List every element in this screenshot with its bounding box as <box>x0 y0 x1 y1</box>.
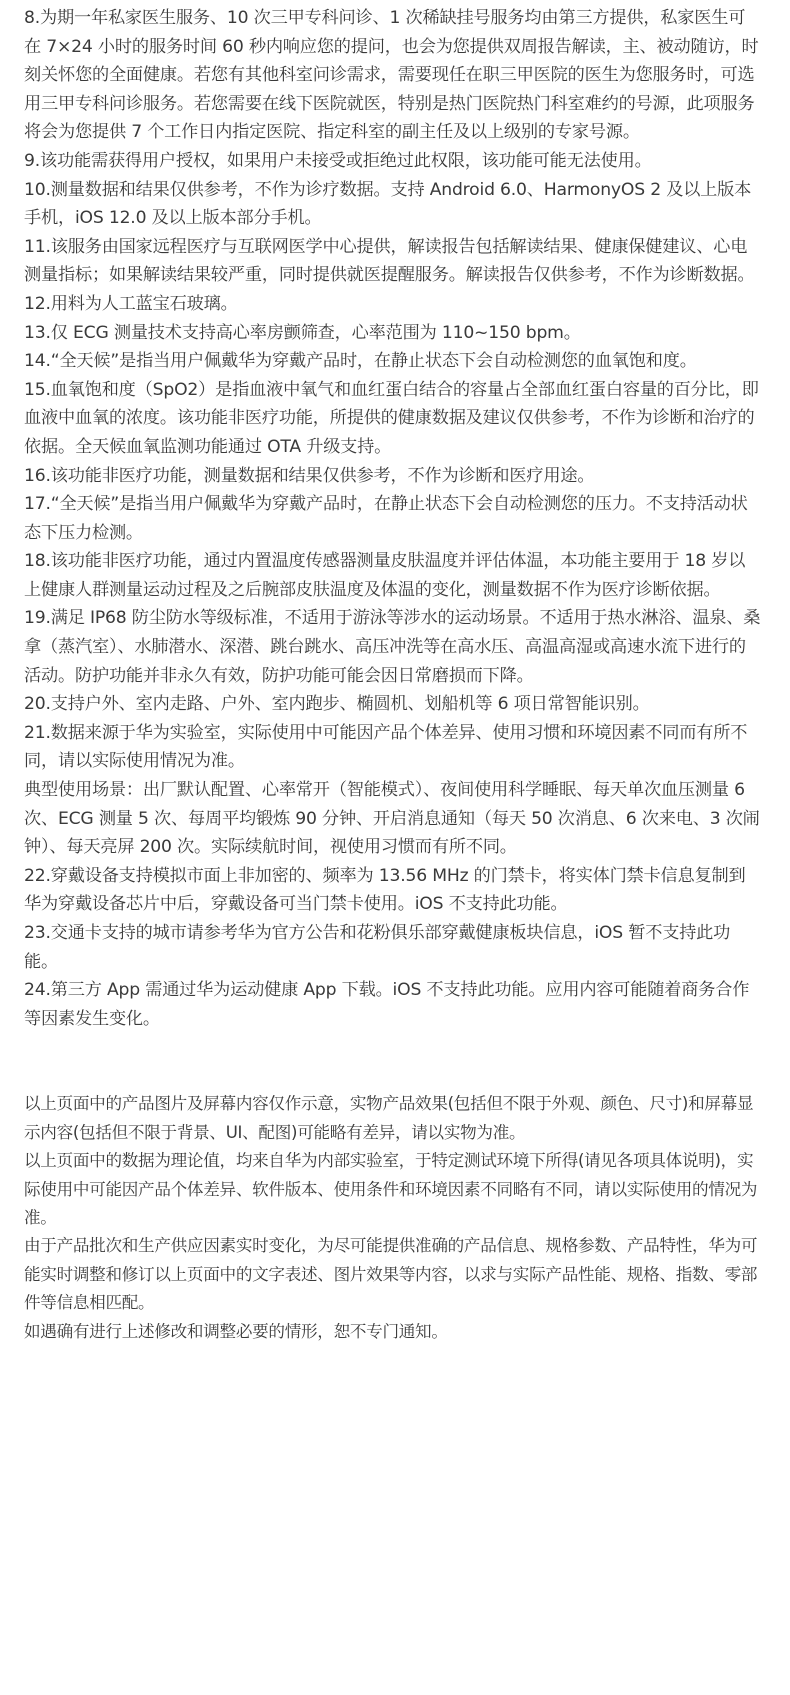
footnotes-document: 8.为期一年私家医生服务、10 次三甲专科问诊、1 次稀缺挂号服务均由第三方提供… <box>0 0 790 1346</box>
footnote-22: 22.穿戴设备支持模拟市面上非加密的、频率为 13.56 MHz 的门禁卡，将实… <box>24 862 762 919</box>
footnote-11: 11.该服务由国家远程医疗与互联网医学中心提供，解读报告包括解读结果、健康保健建… <box>24 233 762 290</box>
footnote-24: 24.第三方 App 需通过华为运动健康 App 下载。iOS 不支持此功能。应… <box>24 976 762 1033</box>
section-divider-space <box>24 1033 762 1090</box>
footnote-20: 20.支持户外、室内走路、户外、室内跑步、椭圆机、划船机等 6 项日常智能识别。 <box>24 690 762 719</box>
footnote-17: 17.“全天候”是指当用户佩戴华为穿戴产品时，在静止状态下会自动检测您的压力。不… <box>24 490 762 547</box>
footnote-21-scenario: 典型使用场景：出厂默认配置、心率常开（智能模式）、夜间使用科学睡眠、每天单次血压… <box>24 776 762 862</box>
footnote-23: 23.交通卡支持的城市请参考华为官方公告和花粉俱乐部穿戴健康板块信息，iOS 暂… <box>24 919 762 976</box>
footnote-15: 15.血氧饱和度（SpO2）是指血液中氧气和血红蛋白结合的容量占全部血红蛋白容量… <box>24 376 762 462</box>
footnote-19: 19.满足 IP68 防尘防水等级标准，不适用于游泳等涉水的运动场景。不适用于热… <box>24 604 762 690</box>
footnote-21: 21.数据来源于华为实验室，实际使用中可能因产品个体差异、使用习惯和环境因素不同… <box>24 719 762 776</box>
disclaimer-data: 以上页面中的数据为理论值，均来自华为内部实验室，于特定测试环境下所得(请见各项具… <box>24 1147 762 1232</box>
footnote-10: 10.测量数据和结果仅供参考，不作为诊疗数据。支持 Android 6.0、Ha… <box>24 176 762 233</box>
footnote-13: 13.仅 ECG 测量技术支持高心率房颤筛查，心率范围为 110~150 bpm… <box>24 319 762 348</box>
footnote-9: 9.该功能需获得用户授权，如果用户未接受或拒绝过此权限，该功能可能无法使用。 <box>24 147 762 176</box>
disclaimer-list: 以上页面中的产品图片及屏幕内容仅作示意，实物产品效果(包括但不限于外观、颜色、尺… <box>24 1090 762 1346</box>
footnote-14: 14.“全天候”是指当用户佩戴华为穿戴产品时，在静止状态下会自动检测您的血氧饱和… <box>24 347 762 376</box>
disclaimer-revisions: 由于产品批次和生产供应因素实时变化，为尽可能提供准确的产品信息、规格参数、产品特… <box>24 1232 762 1317</box>
footnote-8: 8.为期一年私家医生服务、10 次三甲专科问诊、1 次稀缺挂号服务均由第三方提供… <box>24 4 762 147</box>
footnote-18: 18.该功能非医疗功能，通过内置温度传感器测量皮肤温度并评估体温，本功能主要用于… <box>24 547 762 604</box>
disclaimer-no-notice: 如遇确有进行上述修改和调整必要的情形，恕不专门通知。 <box>24 1318 762 1346</box>
footnote-16: 16.该功能非医疗功能，测量数据和结果仅供参考，不作为诊断和医疗用途。 <box>24 462 762 491</box>
footnote-list: 8.为期一年私家医生服务、10 次三甲专科问诊、1 次稀缺挂号服务均由第三方提供… <box>24 4 762 1033</box>
footnote-12: 12.用料为人工蓝宝石玻璃。 <box>24 290 762 319</box>
disclaimer-images: 以上页面中的产品图片及屏幕内容仅作示意，实物产品效果(包括但不限于外观、颜色、尺… <box>24 1090 762 1147</box>
